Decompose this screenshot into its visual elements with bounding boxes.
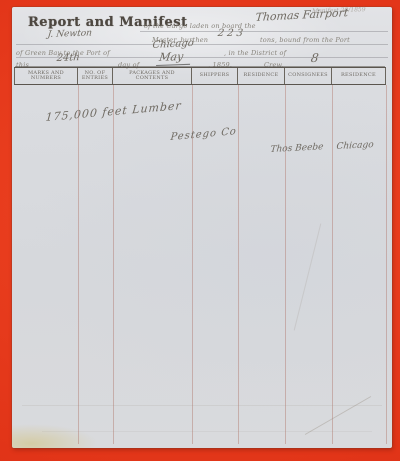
consignee-residence-handwritten: Chicago: [336, 140, 374, 152]
tons-bound-label: tons, bound from the Port: [260, 36, 350, 44]
master-name-handwritten: J. Newton: [47, 28, 92, 40]
vessel-name-handwritten: Thomas Fairport: [255, 6, 349, 24]
column-header-residence2: RESIDENCE: [332, 68, 386, 84]
blank-line: [140, 31, 388, 32]
consignee-entry-handwritten: Thos Beebe: [270, 142, 324, 155]
blank-line: [16, 44, 388, 45]
month-handwritten: May: [156, 50, 192, 66]
column-header-entries: NO. OF ENTRIES: [78, 68, 113, 84]
table-header-row: MARKS AND NUMBERS NO. OF ENTRIES PACKAGE…: [14, 67, 386, 85]
paper-crease: [42, 431, 372, 432]
column-header-shippers: SHIPPERS: [192, 68, 238, 84]
day-handwritten: 24th: [56, 52, 80, 64]
column-header-packages: PACKAGES AND CONTENTS: [113, 68, 192, 84]
paper-crease: [294, 224, 322, 331]
crew-count-handwritten: 8: [310, 51, 320, 65]
paper-crease: [305, 396, 371, 435]
column-header-consignees: CONSIGNEES: [285, 68, 332, 84]
column-rule: [285, 85, 286, 444]
column-rule: [332, 85, 333, 444]
burthen-tons-handwritten: 223: [217, 28, 247, 39]
district-label: , in the District of: [224, 49, 286, 57]
manifest-paper: Manifest 20/1859 Report and Manifest of …: [12, 7, 392, 448]
column-header-residence1: RESIDENCE: [238, 68, 285, 84]
column-rule: [113, 85, 114, 444]
scanned-manifest-page: { "document": { "pencil_note": "Manifest…: [0, 0, 400, 461]
column-rule: [238, 85, 239, 444]
paper-crease: [22, 405, 382, 406]
column-header-marks: MARKS AND NUMBERS: [14, 68, 78, 84]
shipper-entry-handwritten: Pestego Co: [170, 126, 237, 143]
column-rule: [386, 85, 387, 444]
column-rule: [78, 85, 79, 444]
